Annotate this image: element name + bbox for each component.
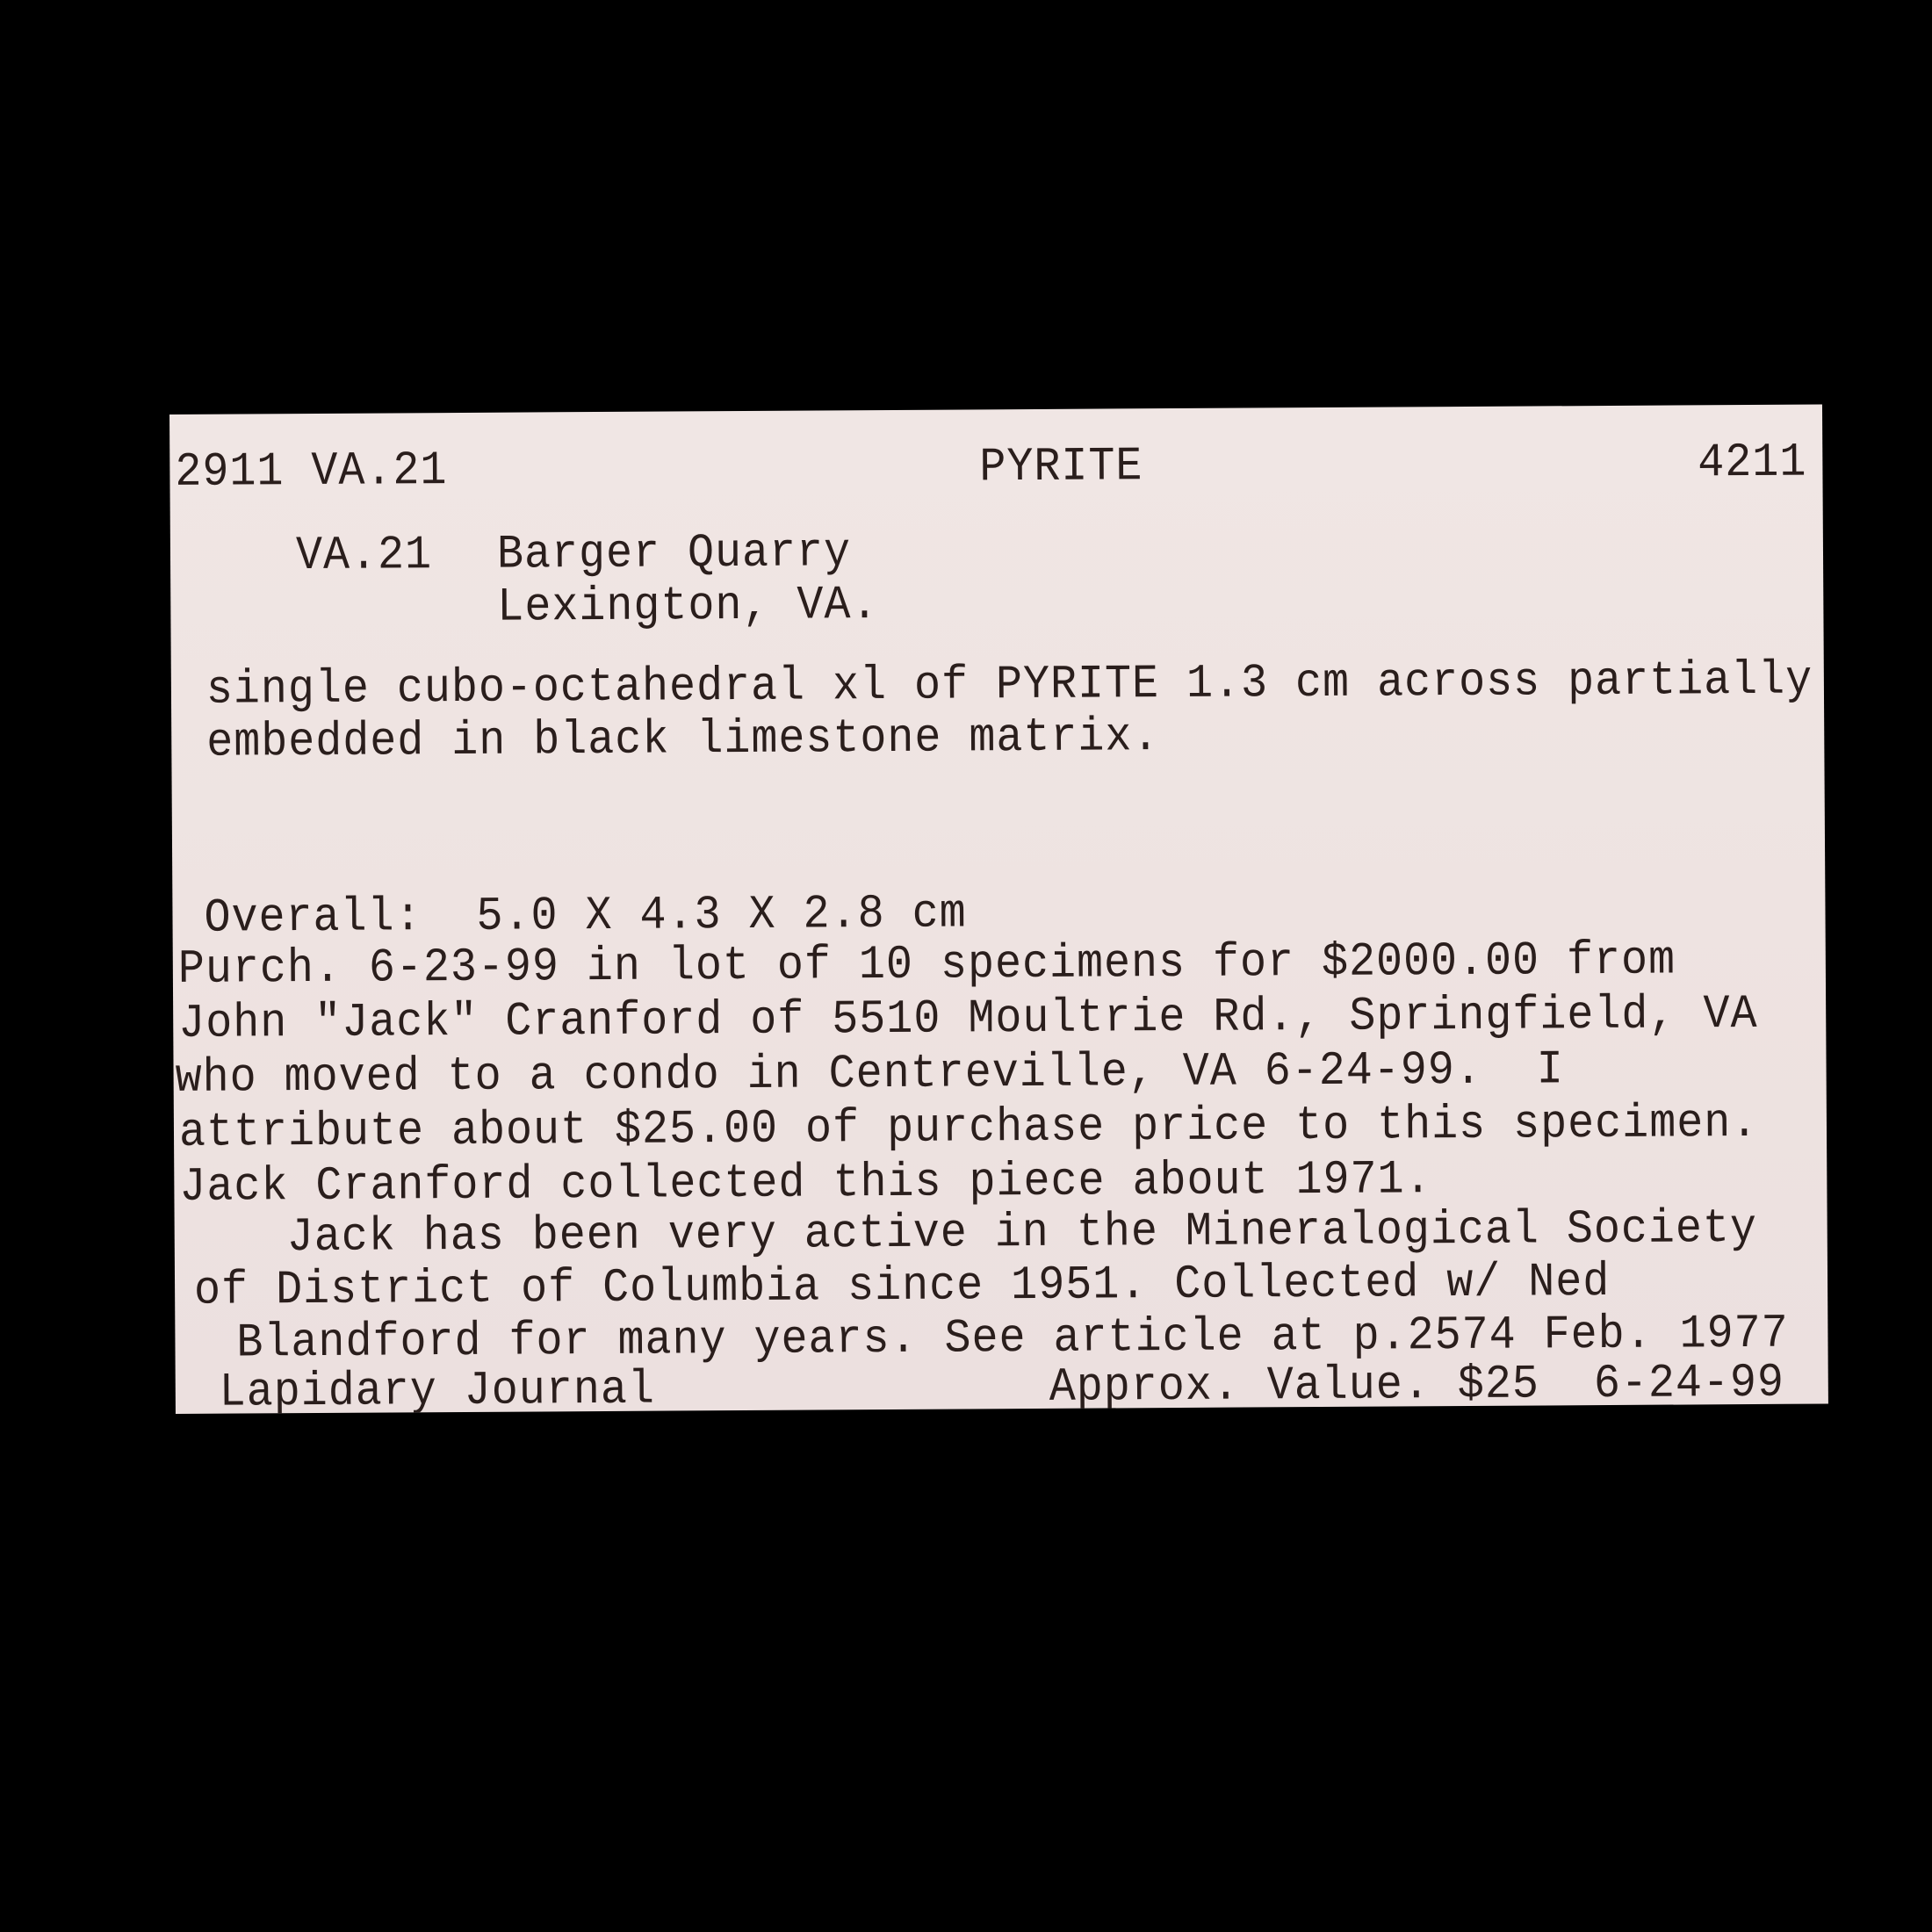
- provenance-line: Purch. 6-23-99 in lot of 10 specimens fo…: [178, 938, 1676, 994]
- provenance-line: attribute about $25.00 of purchase price…: [179, 1100, 1759, 1157]
- overall-size: Overall: 5.0 X 4.3 X 2.8 cm: [204, 890, 966, 942]
- description-line: single cubo-octahedral xl of PYRITE 1.3 …: [206, 658, 1813, 715]
- catalog-number: 2911 VA.21: [175, 448, 447, 497]
- mineral-name: PYRITE: [979, 443, 1143, 492]
- provenance-line: Jack Cranford collected this piece about…: [179, 1157, 1432, 1212]
- provenance-line: Jack has been very active in the Mineral…: [287, 1206, 1758, 1262]
- locality-city: Lexington, VA.: [497, 582, 878, 632]
- specimen-label-card: 2911 VA.21 PYRITE 4211 VA.21 Barger Quar…: [169, 405, 1828, 1414]
- provenance-line: John "Jack" Cranford of 5510 Moultrie Rd…: [178, 991, 1758, 1049]
- locality-name: Barger Quarry: [497, 530, 851, 579]
- locality-code: VA.21: [296, 532, 432, 580]
- approx-value: Approx. Value. $25 6-24-99: [1049, 1360, 1784, 1412]
- provenance-line: of District of Columbia since 1951. Coll…: [194, 1259, 1611, 1316]
- description-line: embedded in black limestone matrix.: [206, 714, 1159, 768]
- publication-name: Lapidary Journal: [220, 1367, 655, 1414]
- specimen-number: 4211: [1698, 440, 1806, 488]
- provenance-line: who moved to a condo in Centreville, VA …: [175, 1047, 1564, 1103]
